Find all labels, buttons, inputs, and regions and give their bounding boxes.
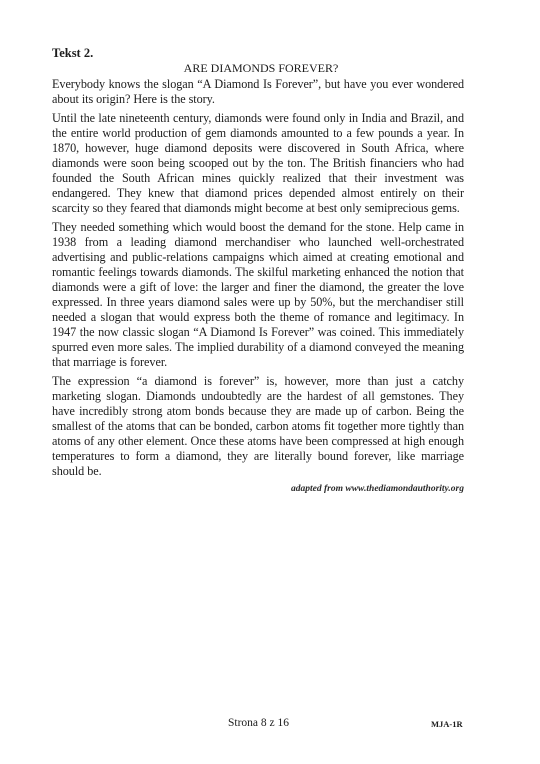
document-code: MJA-1R xyxy=(431,717,463,731)
text-section: Tekst 2. ARE DIAMONDS FOREVER? Everybody… xyxy=(52,46,464,496)
paragraph-4: The expression “a diamond is forever” is… xyxy=(52,374,464,479)
article-title: ARE DIAMONDS FOREVER? xyxy=(52,61,464,76)
section-label: Tekst 2. xyxy=(52,46,464,61)
source-attribution: adapted from www.thediamondauthority.org xyxy=(52,483,464,496)
paragraph-2: Until the late nineteenth century, diamo… xyxy=(52,111,464,216)
paragraph-1: Everybody knows the slogan “A Diamond Is… xyxy=(52,77,464,107)
page-number: Strona 8 z 16 xyxy=(228,716,289,730)
exam-page: Tekst 2. ARE DIAMONDS FOREVER? Everybody… xyxy=(0,0,540,764)
paragraph-3: They needed something which would boost … xyxy=(52,220,464,370)
